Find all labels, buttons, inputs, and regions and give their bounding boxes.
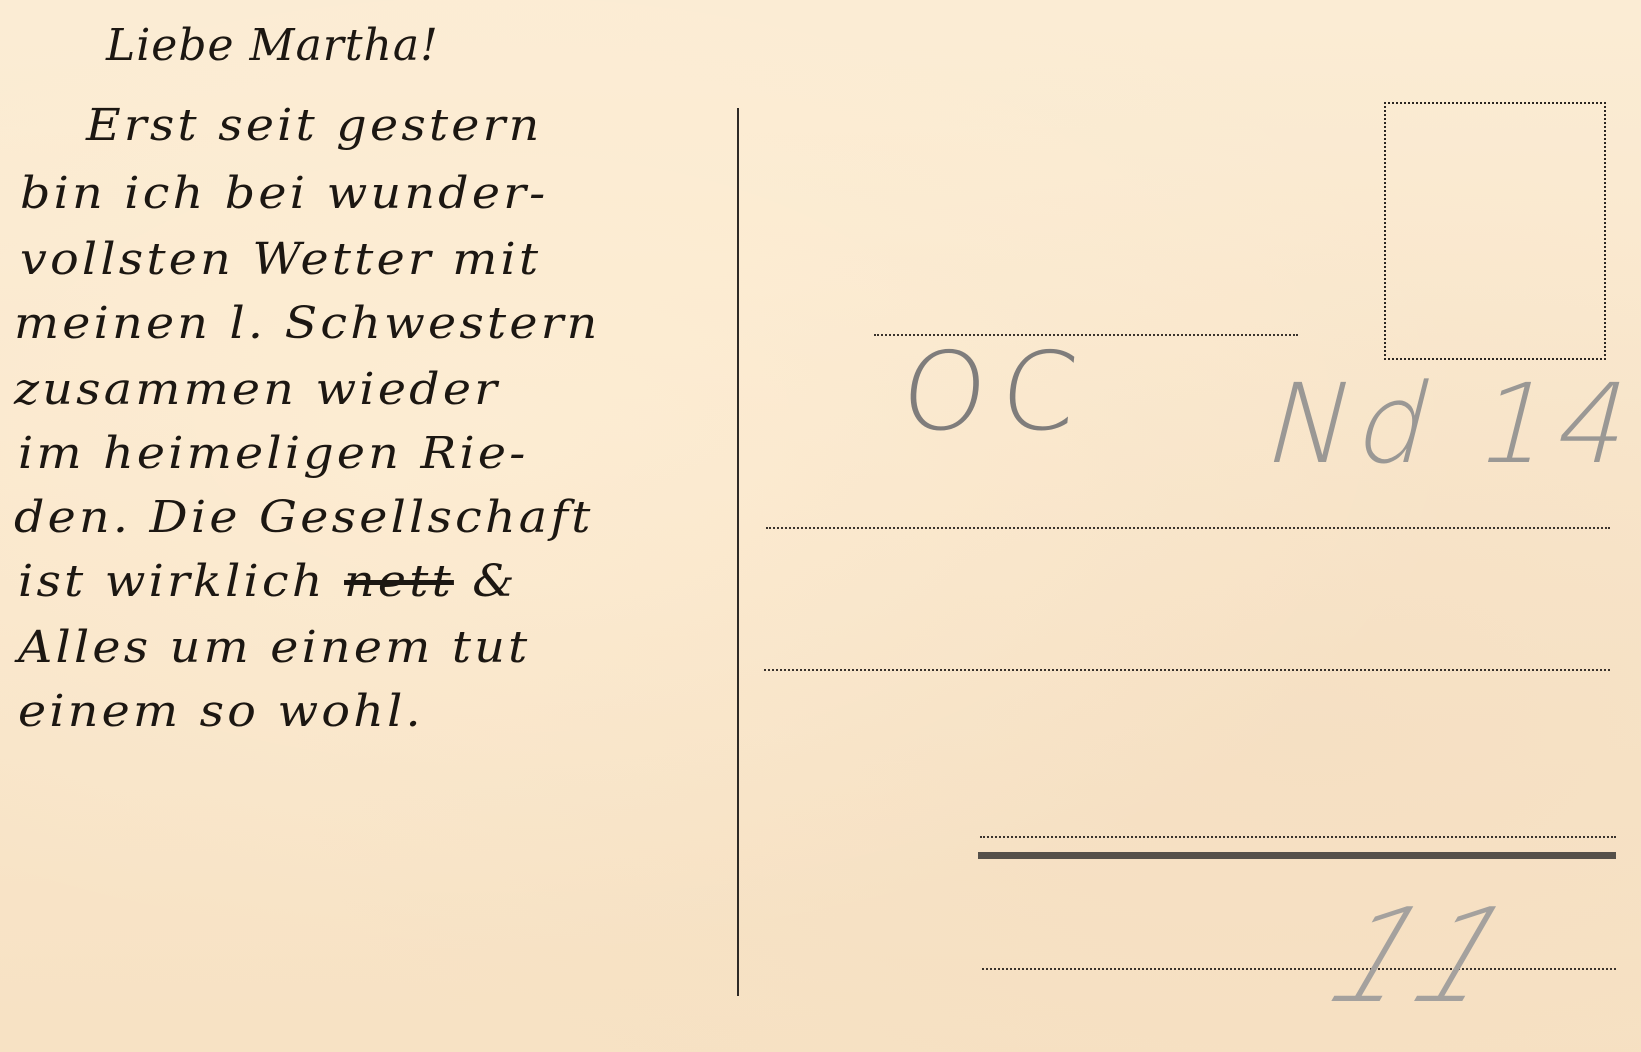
- address-line-2: [766, 527, 1610, 529]
- pencil-note-11: 11: [1294, 880, 1547, 1032]
- message-line-5: zusammen wieder: [14, 364, 500, 415]
- message-line-8-text: ist wirklich: [18, 556, 326, 607]
- message-line-4: meinen l. Schwestern: [14, 298, 601, 349]
- message-line-3: vollsten Wetter mit: [20, 234, 541, 285]
- vertical-divider: [737, 108, 739, 996]
- address-line-5: [982, 968, 1616, 970]
- pencil-note-oc: OC: [895, 330, 1097, 455]
- message-line-6: im heimeligen Rie-: [18, 428, 529, 479]
- postcard-back: Liebe Martha! Erst seit gestern bin ich …: [0, 0, 1641, 1052]
- stamp-box: [1384, 102, 1606, 360]
- message-line-1: Erst seit gestern: [86, 100, 542, 151]
- message-line-2: bin ich bei wunder-: [20, 168, 548, 219]
- struck-word: nett: [344, 556, 454, 607]
- pencil-note-nd14: Nd 14: [1254, 360, 1641, 488]
- address-underline-bar: [978, 852, 1616, 859]
- salutation: Liebe Martha!: [106, 20, 439, 71]
- message-line-10: einem so wohl.: [18, 686, 424, 737]
- address-line-3: [764, 669, 1610, 671]
- message-line-8: ist wirklich nett &: [18, 556, 518, 607]
- message-line-7: den. Die Gesellschaft: [14, 492, 594, 543]
- ampersand: &: [472, 556, 518, 607]
- message-line-9: Alles um einem tut: [18, 622, 530, 673]
- address-line-4: [980, 836, 1616, 838]
